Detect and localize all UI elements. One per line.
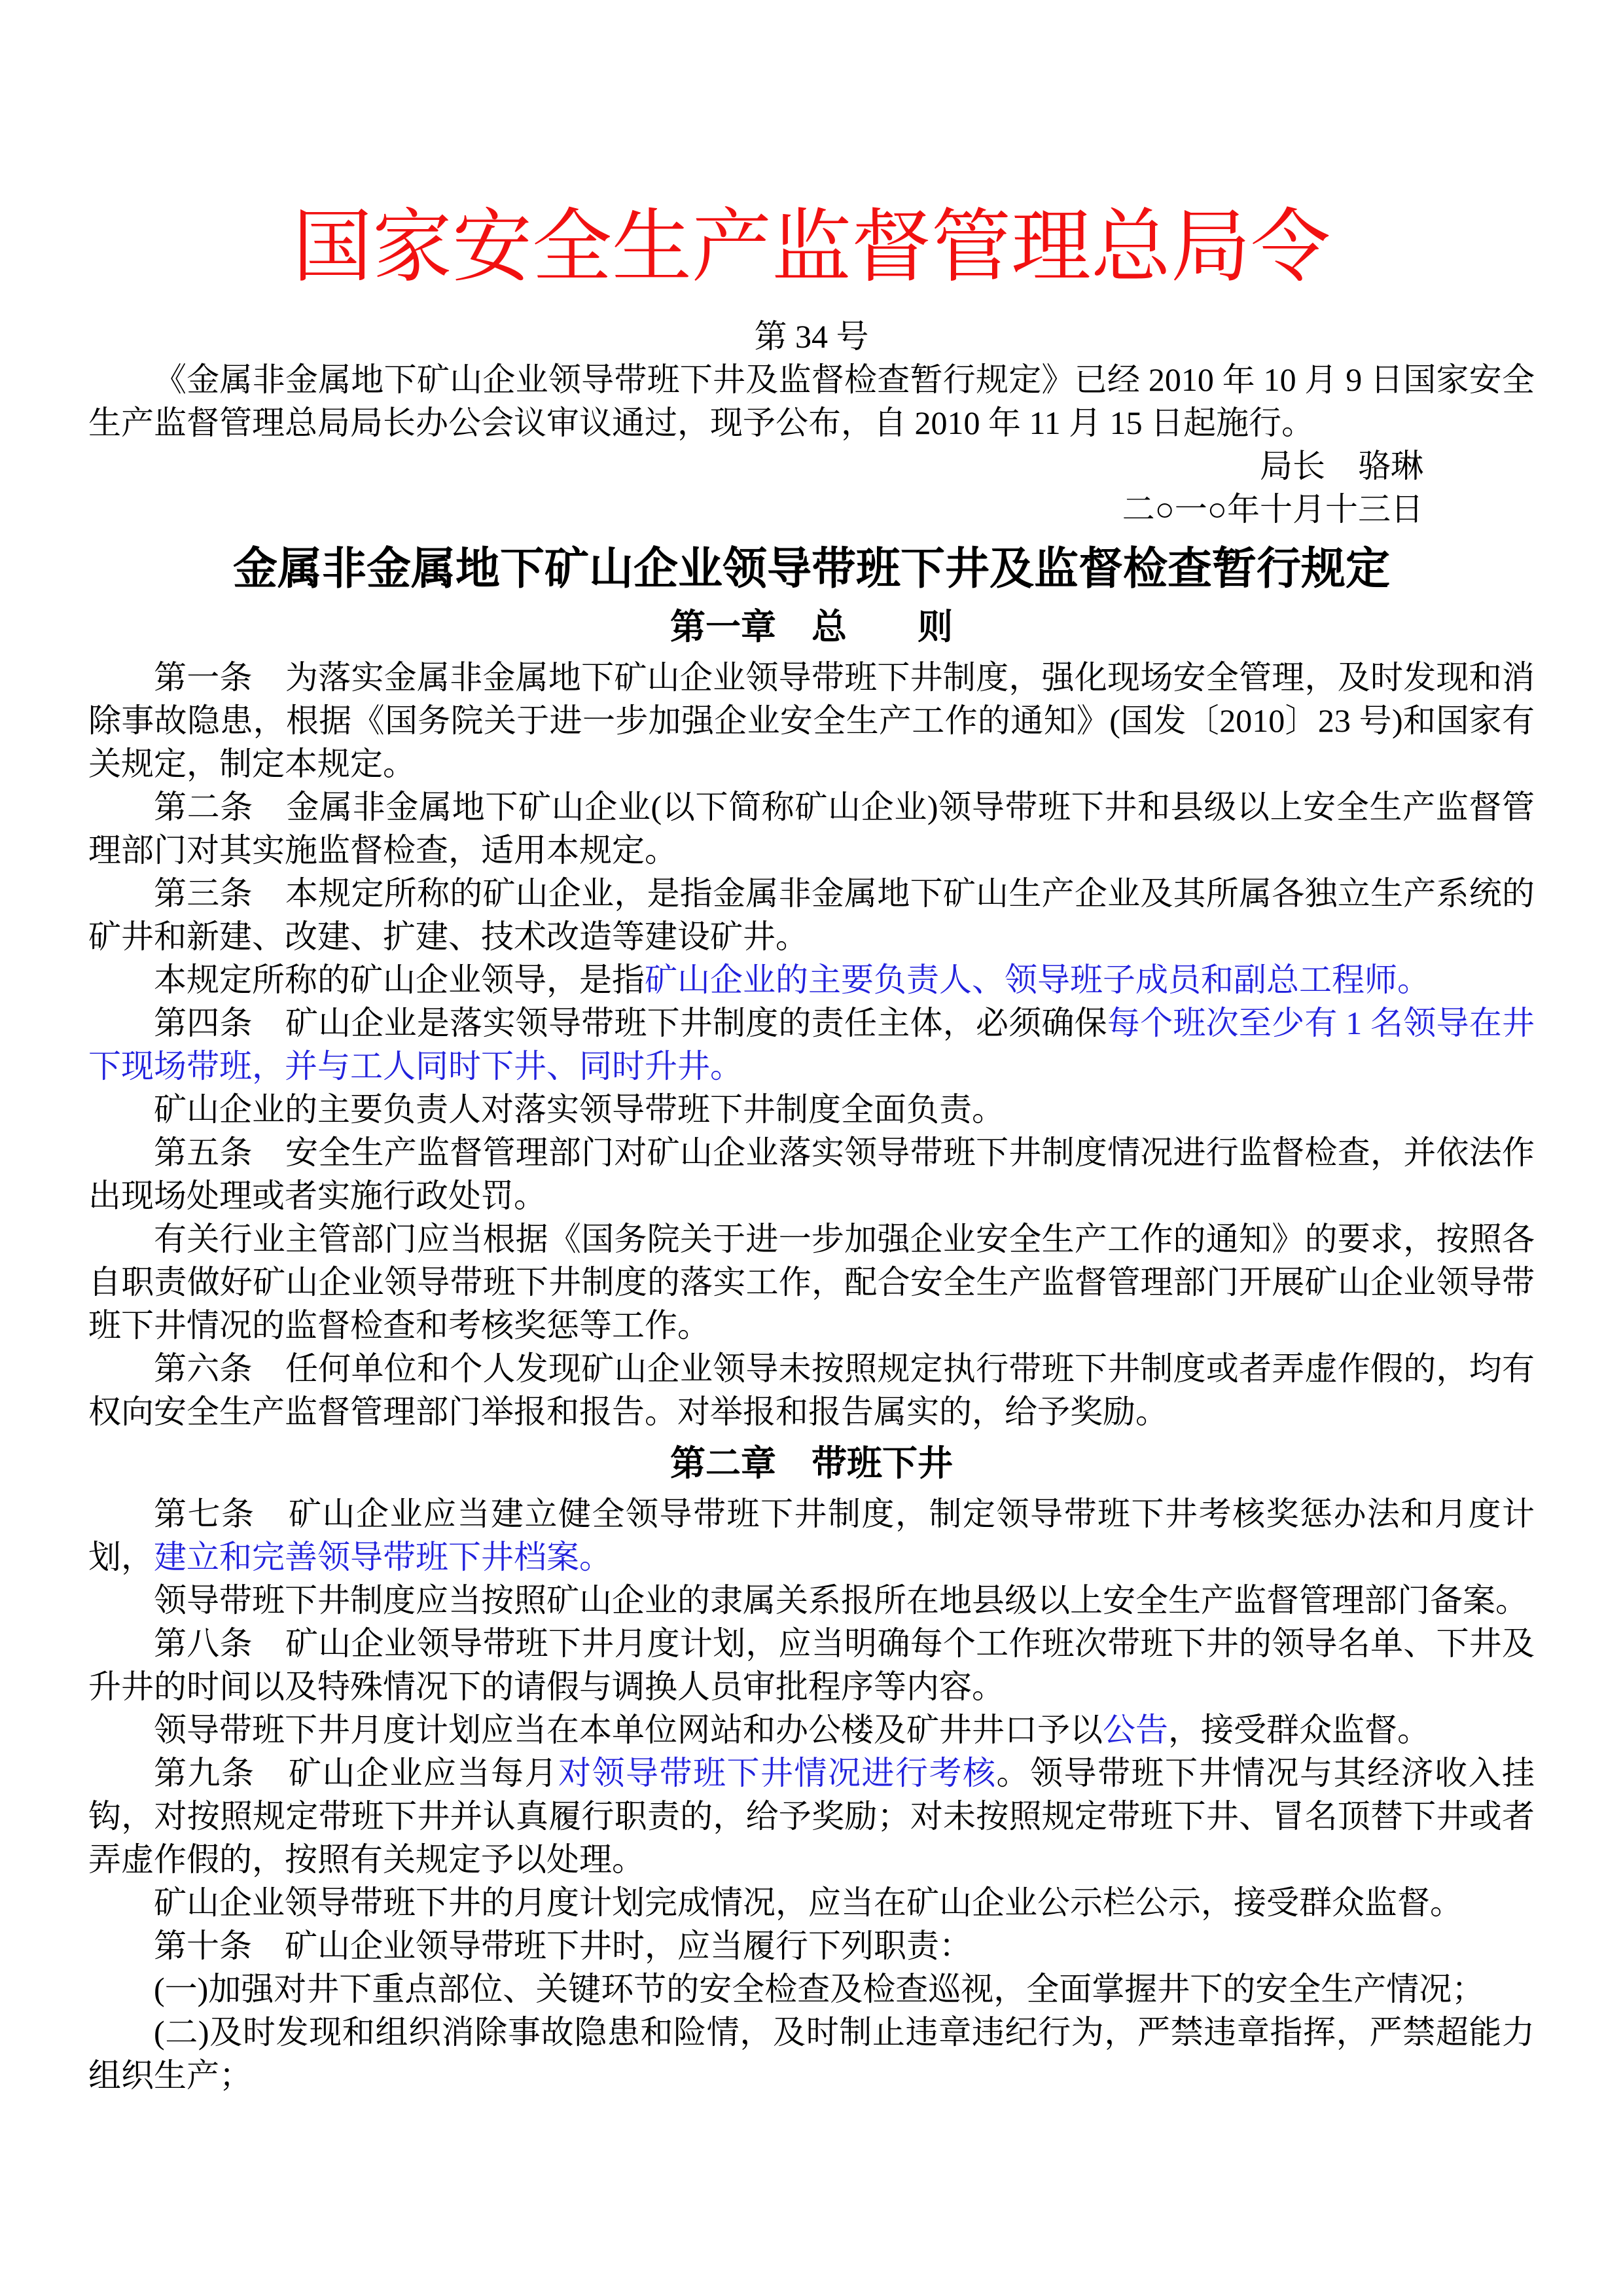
inline-link[interactable]: 公告 <box>1103 1712 1168 1748</box>
preamble-paragraph: 《金属非金属地下矿山企业领导带班下井及监督检查暂行规定》已经 2010 年 10… <box>88 358 1535 444</box>
paragraph: (二)及时发现和组织消除事故隐患和险情，及时制止违章违纪行为，严禁违章指挥，严禁… <box>88 2011 1535 2097</box>
sign-date-line: 二○一○年十月十三日 <box>88 488 1535 531</box>
paragraph: 第五条 安全生产监督管理部门对矿山企业落实领导带班下井制度情况进行监督检查，并依… <box>88 1131 1535 1217</box>
paragraph: 矿山企业的主要负责人对落实领导带班下井制度全面负责。 <box>88 1088 1535 1131</box>
paragraph-text: 第八条 矿山企业领导带班下井月度计划，应当明确每个工作班次带班下井的领导名单、下… <box>88 1625 1535 1705</box>
inline-link[interactable]: 矿山企业的主要负责人、领导班子成员和副总工程师。 <box>645 961 1430 998</box>
paragraph: 有关行业主管部门应当根据《国务院关于进一步加强企业安全生产工作的通知》的要求，按… <box>88 1217 1535 1347</box>
paragraph-text: 第四条 矿山企业是落实领导带班下井制度的责任主体，必须确保 <box>154 1005 1107 1041</box>
paragraph: 第三条 本规定所称的矿山企业，是指金属非金属地下矿山生产企业及其所属各独立生产系… <box>88 872 1535 958</box>
chapters-container: 第一章 总 则第一条 为落实金属非金属地下矿山企业领导带班下井制度，强化现场安全… <box>88 603 1535 2097</box>
paragraph: 第一条 为落实金属非金属地下矿山企业领导带班下井制度，强化现场安全管理，及时发现… <box>88 656 1535 785</box>
document-page: 国家安全生产监督管理总局令 第 34 号 《金属非金属地下矿山企业领导带班下井及… <box>0 0 1623 2296</box>
paragraph: 第十条 矿山企业领导带班下井时，应当履行下列职责： <box>88 1924 1535 1967</box>
paragraph: 领导带班下井月度计划应当在本单位网站和办公楼及矿井井口予以公告，接受群众监督。 <box>88 1708 1535 1751</box>
paragraph-text: 有关行业主管部门应当根据《国务院关于进一步加强企业安全生产工作的通知》的要求，按… <box>88 1221 1535 1344</box>
paragraph-text: 第十条 矿山企业领导带班下井时，应当履行下列职责： <box>154 1928 972 1964</box>
paragraph-text: ，接受群众监督。 <box>1168 1712 1430 1748</box>
paragraph: 第七条 矿山企业应当建立健全领导带班下井制度，制定领导带班下井考核奖惩办法和月度… <box>88 1492 1535 1579</box>
paragraph: 第六条 任何单位和个人发现矿山企业领导未按照规定执行带班下井制度或者弄虚作假的，… <box>88 1347 1535 1433</box>
regulation-title: 金属非金属地下矿山企业领导带班下井及监督检查暂行规定 <box>88 541 1535 597</box>
paragraph-text: 第五条 安全生产监督管理部门对矿山企业落实领导带班下井制度情况进行监督检查，并依… <box>88 1134 1535 1214</box>
paragraph-text: 第三条 本规定所称的矿山企业，是指金属非金属地下矿山生产企业及其所属各独立生产系… <box>88 875 1535 955</box>
inline-link[interactable]: 建立和完善领导带班下井档案。 <box>154 1539 612 1575</box>
paragraph-text: 本规定所称的矿山企业领导，是指 <box>154 961 645 998</box>
signer-line: 局长 骆琳 <box>88 444 1535 488</box>
paragraph-text: 第二条 金属非金属地下矿山企业(以下简称矿山企业)领导带班下井和县级以上安全生产… <box>88 789 1535 869</box>
document-content: 国家安全生产监督管理总局令 第 34 号 《金属非金属地下矿山企业领导带班下井及… <box>88 196 1535 2097</box>
paragraph-text: (一)加强对井下重点部位、关键环节的安全检查及检查巡视，全面掌握井下的安全生产情… <box>154 1971 1484 2007</box>
paragraph: 第九条 矿山企业应当每月对领导带班下井情况进行考核。领导带班下井情况与其经济收入… <box>88 1751 1535 1881</box>
paragraph-text: 领导带班下井制度应当按照矿山企业的隶属关系报所在地县级以上安全生产监督管理部门备… <box>154 1582 1528 1619</box>
paragraph-text: 第六条 任何单位和个人发现矿山企业领导未按照规定执行带班下井制度或者弄虚作假的，… <box>88 1350 1535 1430</box>
paragraph: 领导带班下井制度应当按照矿山企业的隶属关系报所在地县级以上安全生产监督管理部门备… <box>88 1579 1535 1622</box>
paragraph-text: 第九条 矿山企业应当每月 <box>154 1755 558 1791</box>
paragraph: 矿山企业领导带班下井的月度计划完成情况，应当在矿山企业公示栏公示，接受群众监督。 <box>88 1881 1535 1924</box>
paragraph-text: 矿山企业的主要负责人对落实领导带班下井制度全面负责。 <box>154 1091 1005 1128</box>
chapter-heading: 第二章 带班下井 <box>88 1440 1535 1487</box>
paragraph: (一)加强对井下重点部位、关键环节的安全检查及检查巡视，全面掌握井下的安全生产情… <box>88 1967 1535 2011</box>
paragraph-text: 第一条 为落实金属非金属地下矿山企业领导带班下井制度，强化现场安全管理，及时发现… <box>88 659 1535 782</box>
paragraph: 第八条 矿山企业领导带班下井月度计划，应当明确每个工作班次带班下井的领导名单、下… <box>88 1622 1535 1708</box>
paragraph-text: (二)及时发现和组织消除事故隐患和险情，及时制止违章违纪行为，严禁违章指挥，严禁… <box>88 2014 1535 2094</box>
paragraph: 第四条 矿山企业是落实领导带班下井制度的责任主体，必须确保每个班次至少有 1 名… <box>88 1001 1535 1088</box>
order-number: 第 34 号 <box>88 315 1535 358</box>
paragraph-text: 领导带班下井月度计划应当在本单位网站和办公楼及矿井井口予以 <box>154 1712 1103 1748</box>
paragraph-text: 矿山企业领导带班下井的月度计划完成情况，应当在矿山企业公示栏公示，接受群众监督。 <box>154 1884 1463 1921</box>
inline-link[interactable]: 对领导带班下井情况进行考核 <box>558 1755 997 1791</box>
agency-order-title: 国家安全生产监督管理总局令 <box>88 196 1535 300</box>
paragraph: 本规定所称的矿山企业领导，是指矿山企业的主要负责人、领导班子成员和副总工程师。 <box>88 958 1535 1001</box>
paragraph: 第二条 金属非金属地下矿山企业(以下简称矿山企业)领导带班下井和县级以上安全生产… <box>88 785 1535 872</box>
chapter-heading: 第一章 总 则 <box>88 603 1535 651</box>
